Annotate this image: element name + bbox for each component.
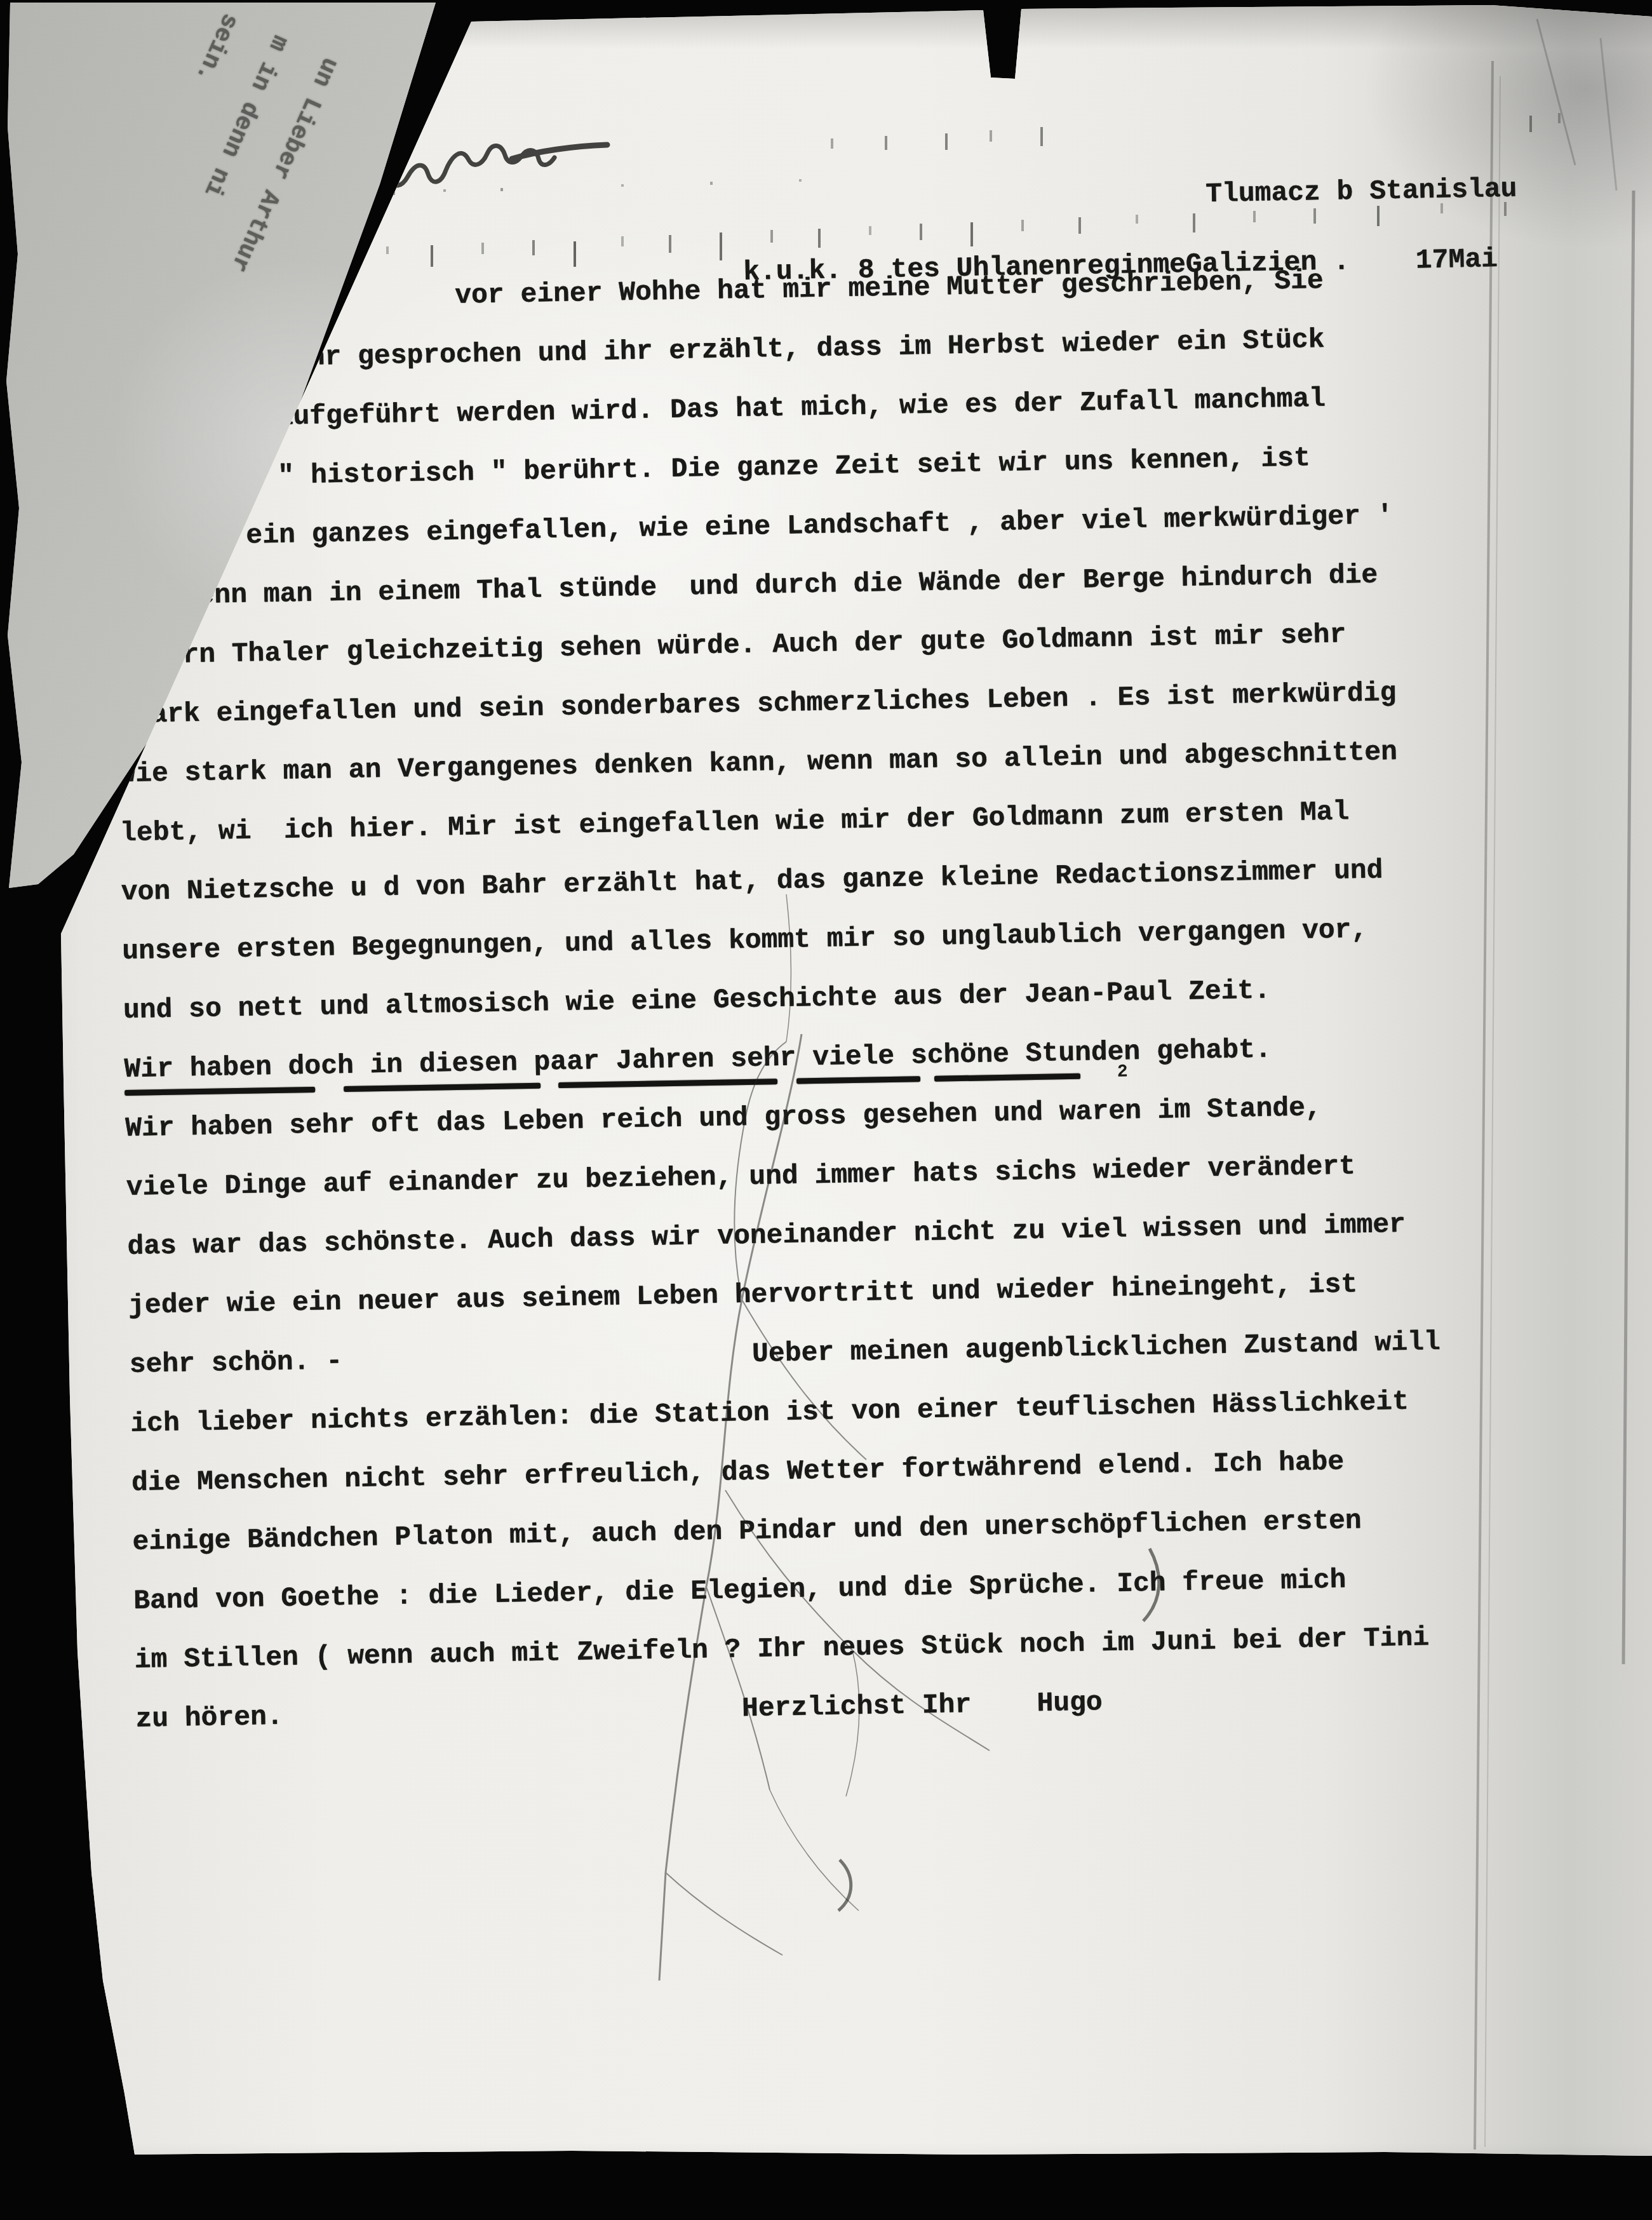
letter-line: das war das schönste. Auch dass wir vone… xyxy=(127,1209,1406,1262)
underline-dash xyxy=(344,1083,541,1092)
letter-line: sehr schön. - Ueber meinen augenblicklic… xyxy=(129,1326,1440,1380)
typed-underline-row xyxy=(0,0,1634,3)
letter-body: Lieber Arthur, vor einer Wohhe hat mir m… xyxy=(0,0,1634,3)
letter-line: andern Thaler gleichzeitig sehen würde. … xyxy=(117,619,1346,671)
letter-line: wie stark man an Vergangenes denken kann… xyxy=(119,736,1397,790)
place-text: Tlumacz b Stanislau xyxy=(1205,173,1517,210)
letter-line: Band von Goethe : die Lieder, die Elegie… xyxy=(133,1564,1346,1617)
letter-line: zu hören. Herzlichst Ihr Hugo xyxy=(135,1686,1103,1735)
letter-line: einige Bändchen Platon mit, auch den Pin… xyxy=(132,1505,1362,1557)
footnote-mark: 2 xyxy=(1117,1063,1128,1082)
letter-line: als wenn man in einem Thal stünde und du… xyxy=(116,560,1378,613)
letter-line: die Menschen nicht sehr erfreulich, das … xyxy=(131,1446,1345,1498)
letter-line: von Nietzsche u d von Bahr erzählt hat, … xyxy=(121,854,1383,908)
letter-line: mir als ein ganzes eingefallen, wie eine… xyxy=(115,500,1393,553)
letter-line: jeder wie ein neuer aus seinem Leben her… xyxy=(128,1268,1358,1321)
letter-line: Wir haben sehr oft das Leben reich und g… xyxy=(125,1092,1322,1144)
letter-line: Wir haben doch in diesen paar Jahren seh… xyxy=(124,1034,1272,1086)
letter-line: stark eingefallen und sein sonderbares s… xyxy=(118,677,1396,730)
letter-line: unsere ersten Begegnungen, und alles kom… xyxy=(122,914,1368,967)
underline-dash xyxy=(796,1076,920,1084)
letter-line: bringt so " historisch " berührt. Die ga… xyxy=(114,442,1310,494)
letter-line: im Stillen ( wenn auch mit Zweifeln ? Ih… xyxy=(134,1622,1429,1676)
letter-line: viele Dinge auf einander zu beziehen, un… xyxy=(126,1150,1355,1203)
date-text: 17Mai xyxy=(1415,243,1498,276)
underline-dash xyxy=(124,1087,315,1096)
letter-line: ich lieber nichts erzählen: die Station … xyxy=(130,1386,1409,1439)
underline-dash xyxy=(558,1079,777,1088)
letter-line: und so nett und altmosisch wie eine Gesc… xyxy=(123,975,1271,1026)
letter-line: lebt, wi ich hier. Mir ist eingefallen w… xyxy=(120,796,1350,849)
underline-dash xyxy=(934,1073,1080,1082)
photostat-scan: un Lieber Arthurm in denn nisein. Tlumac… xyxy=(0,0,1652,2220)
